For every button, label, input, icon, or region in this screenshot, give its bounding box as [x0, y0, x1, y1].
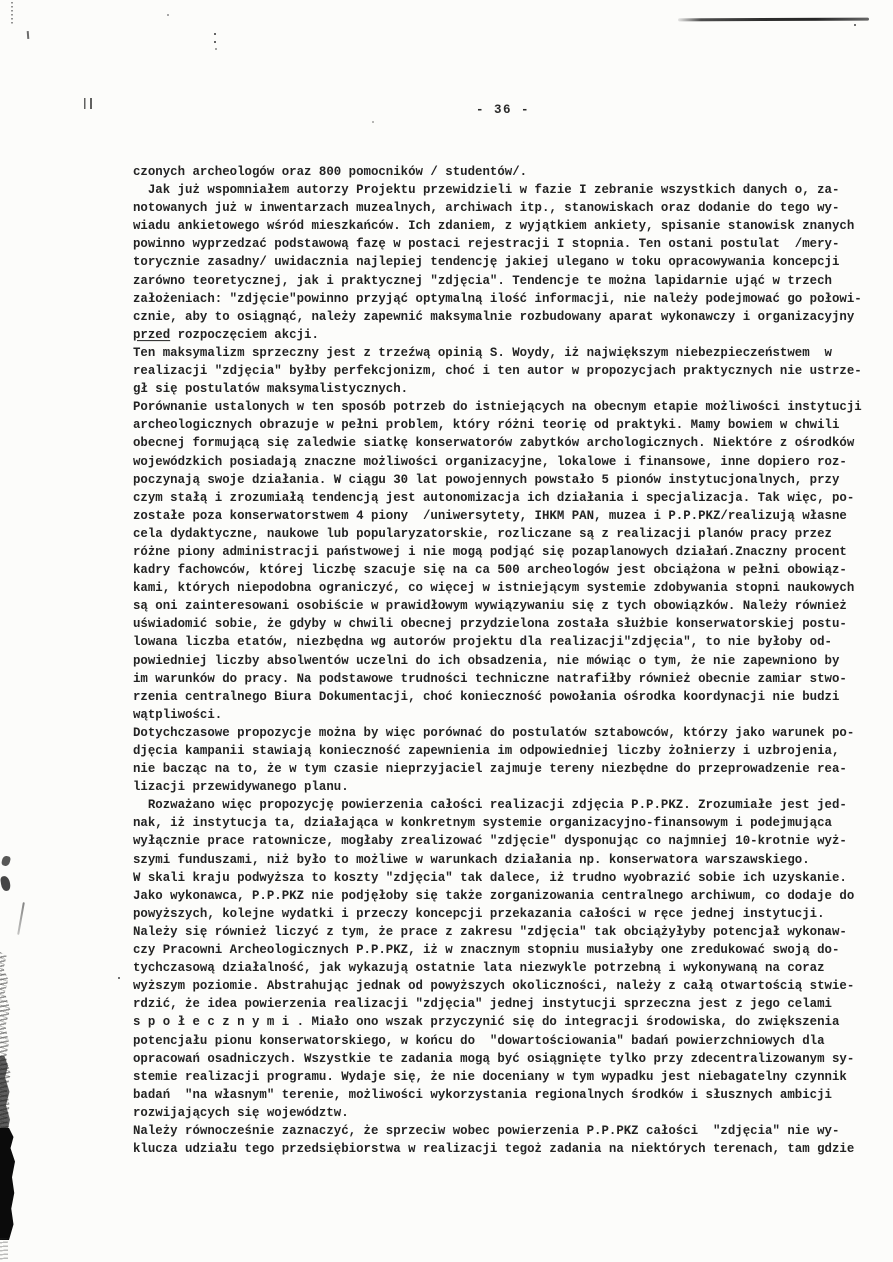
text-line: cela dydaktyczne, naukowe lub popularyza…: [133, 525, 878, 543]
text-line: kadry fachowców, której liczbę szacuje s…: [133, 561, 878, 579]
text-line: djęcia kampanii stawiają konieczność zap…: [133, 742, 878, 760]
text-line: wątpliwości.: [133, 706, 878, 724]
text-line: Jako wykonawca, P.P.PKZ nie podjęłoby si…: [133, 887, 878, 905]
scan-artifact-left-strip: [0, 1238, 8, 1260]
text-line: nie bacząc na to, że w tym czasie nieprz…: [133, 760, 878, 778]
text-line: zostałe poza konserwatorstwem 4 piony /u…: [133, 507, 878, 525]
text-line: różne piony administracji państwowej i n…: [133, 543, 878, 561]
text-line: powiedniej liczby absolwentów uczelni do…: [133, 651, 878, 669]
scan-artifact-scratch: [17, 902, 25, 935]
text-line: gł się postulatów maksymalistycznych.: [133, 380, 878, 398]
text-line: szymi funduszami, niż było to możliwe w …: [133, 850, 878, 868]
text-line: nak, iż instytucja ta, działająca w konk…: [133, 814, 878, 832]
text-line: im warunków do pracy. Na podstawowe trud…: [133, 669, 878, 687]
text-line: Ten maksymalizm sprzeczny jest z trzeźwą…: [133, 344, 878, 362]
text-line: kami, których niepodobna ograniczyć, co …: [133, 579, 878, 597]
text-line: s p o ł e c z n y m i . Miało ono wszak …: [133, 1013, 878, 1031]
text-line: powyższych, kolejne wydatki i przeczy ko…: [133, 905, 878, 923]
text-line: stemie realizacji programu. Wydaje się, …: [133, 1068, 878, 1086]
text-line: Rozważano więc propozycję powierzenia ca…: [133, 796, 878, 814]
text-line: Porównanie ustalonych w ten sposób potrz…: [133, 398, 878, 416]
text-line: wojewódzkich posiadają znaczne możliwośc…: [133, 452, 878, 470]
text-line: realizacji "zdjęcia" byłby perfekcjonizm…: [133, 362, 878, 380]
text-line: Należy równocześnie zaznaczyć, że sprzec…: [133, 1122, 878, 1140]
underlined-word: przed: [133, 328, 170, 342]
text-line: badań "na własnym" terenie, możliwości w…: [133, 1086, 878, 1104]
text-line: wiadu ankietowego wśród mieszkańców. Ich…: [133, 217, 878, 235]
text-line: potencjału pionu konserwatorskiego, w ko…: [133, 1031, 878, 1049]
text-line: obecnej formującą się zaledwie siatkę ko…: [133, 434, 878, 452]
text-line: torycznie zasadny/ uwidacznia najlepiej …: [133, 253, 878, 271]
text-line: powinno wyprzedzać podstawową fazę w pos…: [133, 235, 878, 253]
scan-artifact-speck: [118, 977, 120, 979]
text-line: Dotychczasowe propozycje można by więc p…: [133, 724, 878, 742]
text-line: klucza udziału tego przedsiębiorstwa w r…: [133, 1140, 878, 1158]
scan-artifact-speck-column: [11, 2, 13, 24]
text-line: cznie, aby to osiągnąć, należy zapewnić …: [133, 308, 878, 326]
scan-artifact-speck: [854, 24, 856, 26]
text-line: opracowań osadniczych. Wszystkie te zada…: [133, 1049, 878, 1067]
text-line: czonych archeologów oraz 800 pomocników …: [133, 163, 878, 181]
text-line: Jak już wspomniałem autorzy Projektu prz…: [133, 181, 878, 199]
text-line: Należy się również liczyć z tym, że prac…: [133, 923, 878, 941]
text-line: rdzić, że idea powierzenia realizacji "z…: [133, 995, 878, 1013]
text-line: wyłącznie prace ratownicze, mogłaby zrea…: [133, 832, 878, 850]
scan-artifact-top-line: [678, 18, 869, 22]
scan-artifact-blob: [1, 855, 11, 867]
text-line: rozwijających się województw.: [133, 1104, 878, 1122]
text-line: zarówno teoretycznej, jak i praktycznej …: [133, 271, 878, 289]
text-line: czym stałą i zrozumiałą tendencją jest a…: [133, 489, 878, 507]
scan-artifact-blob: [0, 875, 11, 891]
text-line: W skali kraju podwyższa to koszty "zdjęc…: [133, 868, 878, 886]
text-line: uświadomić sobie, że gdyby w chwili obec…: [133, 615, 878, 633]
scan-artifact-mark: [214, 33, 216, 35]
document-body: czonych archeologów oraz 800 pomocników …: [133, 163, 878, 1158]
text-line: archeologicznych obrazuje w pełni proble…: [133, 416, 878, 434]
text-line: są oni zainteresowani osobiście w prawid…: [133, 597, 878, 615]
scan-artifact-mark: [27, 31, 30, 39]
scan-artifact-speck: [167, 14, 169, 16]
scan-artifact-left-strip: [0, 1128, 15, 1240]
text-line: rzenia centralnego Biura Dokumentacji, c…: [133, 688, 878, 706]
scan-artifact-mark: [84, 98, 93, 109]
text-line: wyższym poziomie. Abstrahując jednak od …: [133, 977, 878, 995]
text-line: lizacji przewidywanego planu.: [133, 778, 878, 796]
text-line: założeniach: "zdjęcie"powinno przyjąć op…: [133, 289, 878, 307]
text-line: poczynają swoje działania. W ciągu 30 la…: [133, 470, 878, 488]
scanned-page: - 36 - czonych archeologów oraz 800 pomo…: [0, 0, 893, 1262]
text-line: czy Pracowni Archeologicznych P.P.PKZ, i…: [133, 941, 878, 959]
text-line: notowanych już w inwentarzach muzealnych…: [133, 199, 878, 217]
text-line: lowana liczba etatów, niezbędna wg autor…: [133, 633, 878, 651]
page-number: - 36 -: [476, 103, 530, 117]
scan-artifact-speck: [372, 121, 374, 123]
text-line: tychczasową działalność, jak wykazują os…: [133, 959, 878, 977]
text-line: przed rozpoczęciem akcji.: [133, 326, 878, 344]
